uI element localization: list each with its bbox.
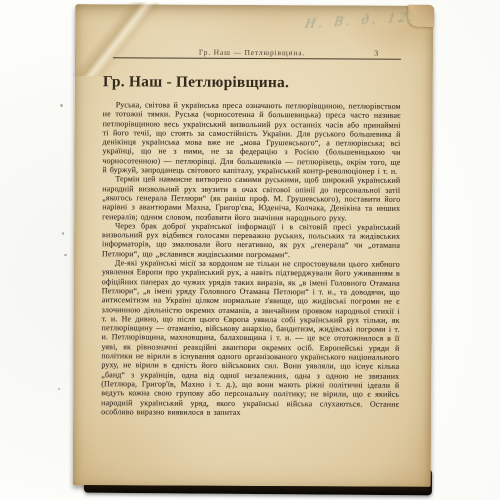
body-text: Руська, світова й українська преса означ… — [101, 100, 401, 418]
page-number: 3 — [374, 49, 379, 58]
dust-speck — [60, 104, 63, 107]
paragraph: Через брак доброї української інформації… — [102, 221, 400, 260]
page-content: Гр. Наш — Петлюрівщина. 3 Гр. Наш - Петл… — [73, 4, 433, 418]
paragraph: Де-які українські місії за кордоном не т… — [101, 258, 400, 418]
dust-speck — [58, 388, 60, 390]
page-title: Гр. Наш - Петлюрівщина. — [103, 73, 401, 93]
paragraph: Термін цей навмисне витворено самими рус… — [102, 175, 400, 223]
paragraph: Руська, світова й українська преса означ… — [102, 100, 400, 176]
running-header-title: Гр. Наш — Петлюрівщина. — [199, 48, 305, 58]
dust-speck — [64, 254, 67, 256]
dust-speck — [62, 232, 64, 235]
running-header: Гр. Наш — Петлюрівщина. 3 — [103, 47, 401, 58]
scan-background: Н. В. д. 12. Гр. Наш — Петлюрівщина. 3 Г… — [0, 0, 500, 500]
header-rule — [113, 57, 401, 60]
document-page: Н. В. д. 12. Гр. Наш — Петлюрівщина. 3 Г… — [73, 4, 434, 487]
